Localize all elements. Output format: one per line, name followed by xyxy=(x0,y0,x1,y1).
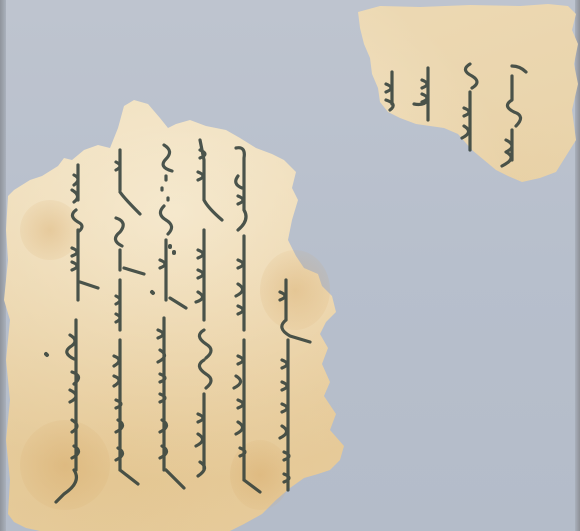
paper-stain xyxy=(260,250,330,330)
manuscript-photo: Two fragments of a manuscript written in… xyxy=(0,0,580,531)
mount-edge-left xyxy=(0,0,6,531)
paper-stain xyxy=(20,200,80,260)
paper-stain xyxy=(230,440,290,510)
paper-stain xyxy=(20,420,110,510)
